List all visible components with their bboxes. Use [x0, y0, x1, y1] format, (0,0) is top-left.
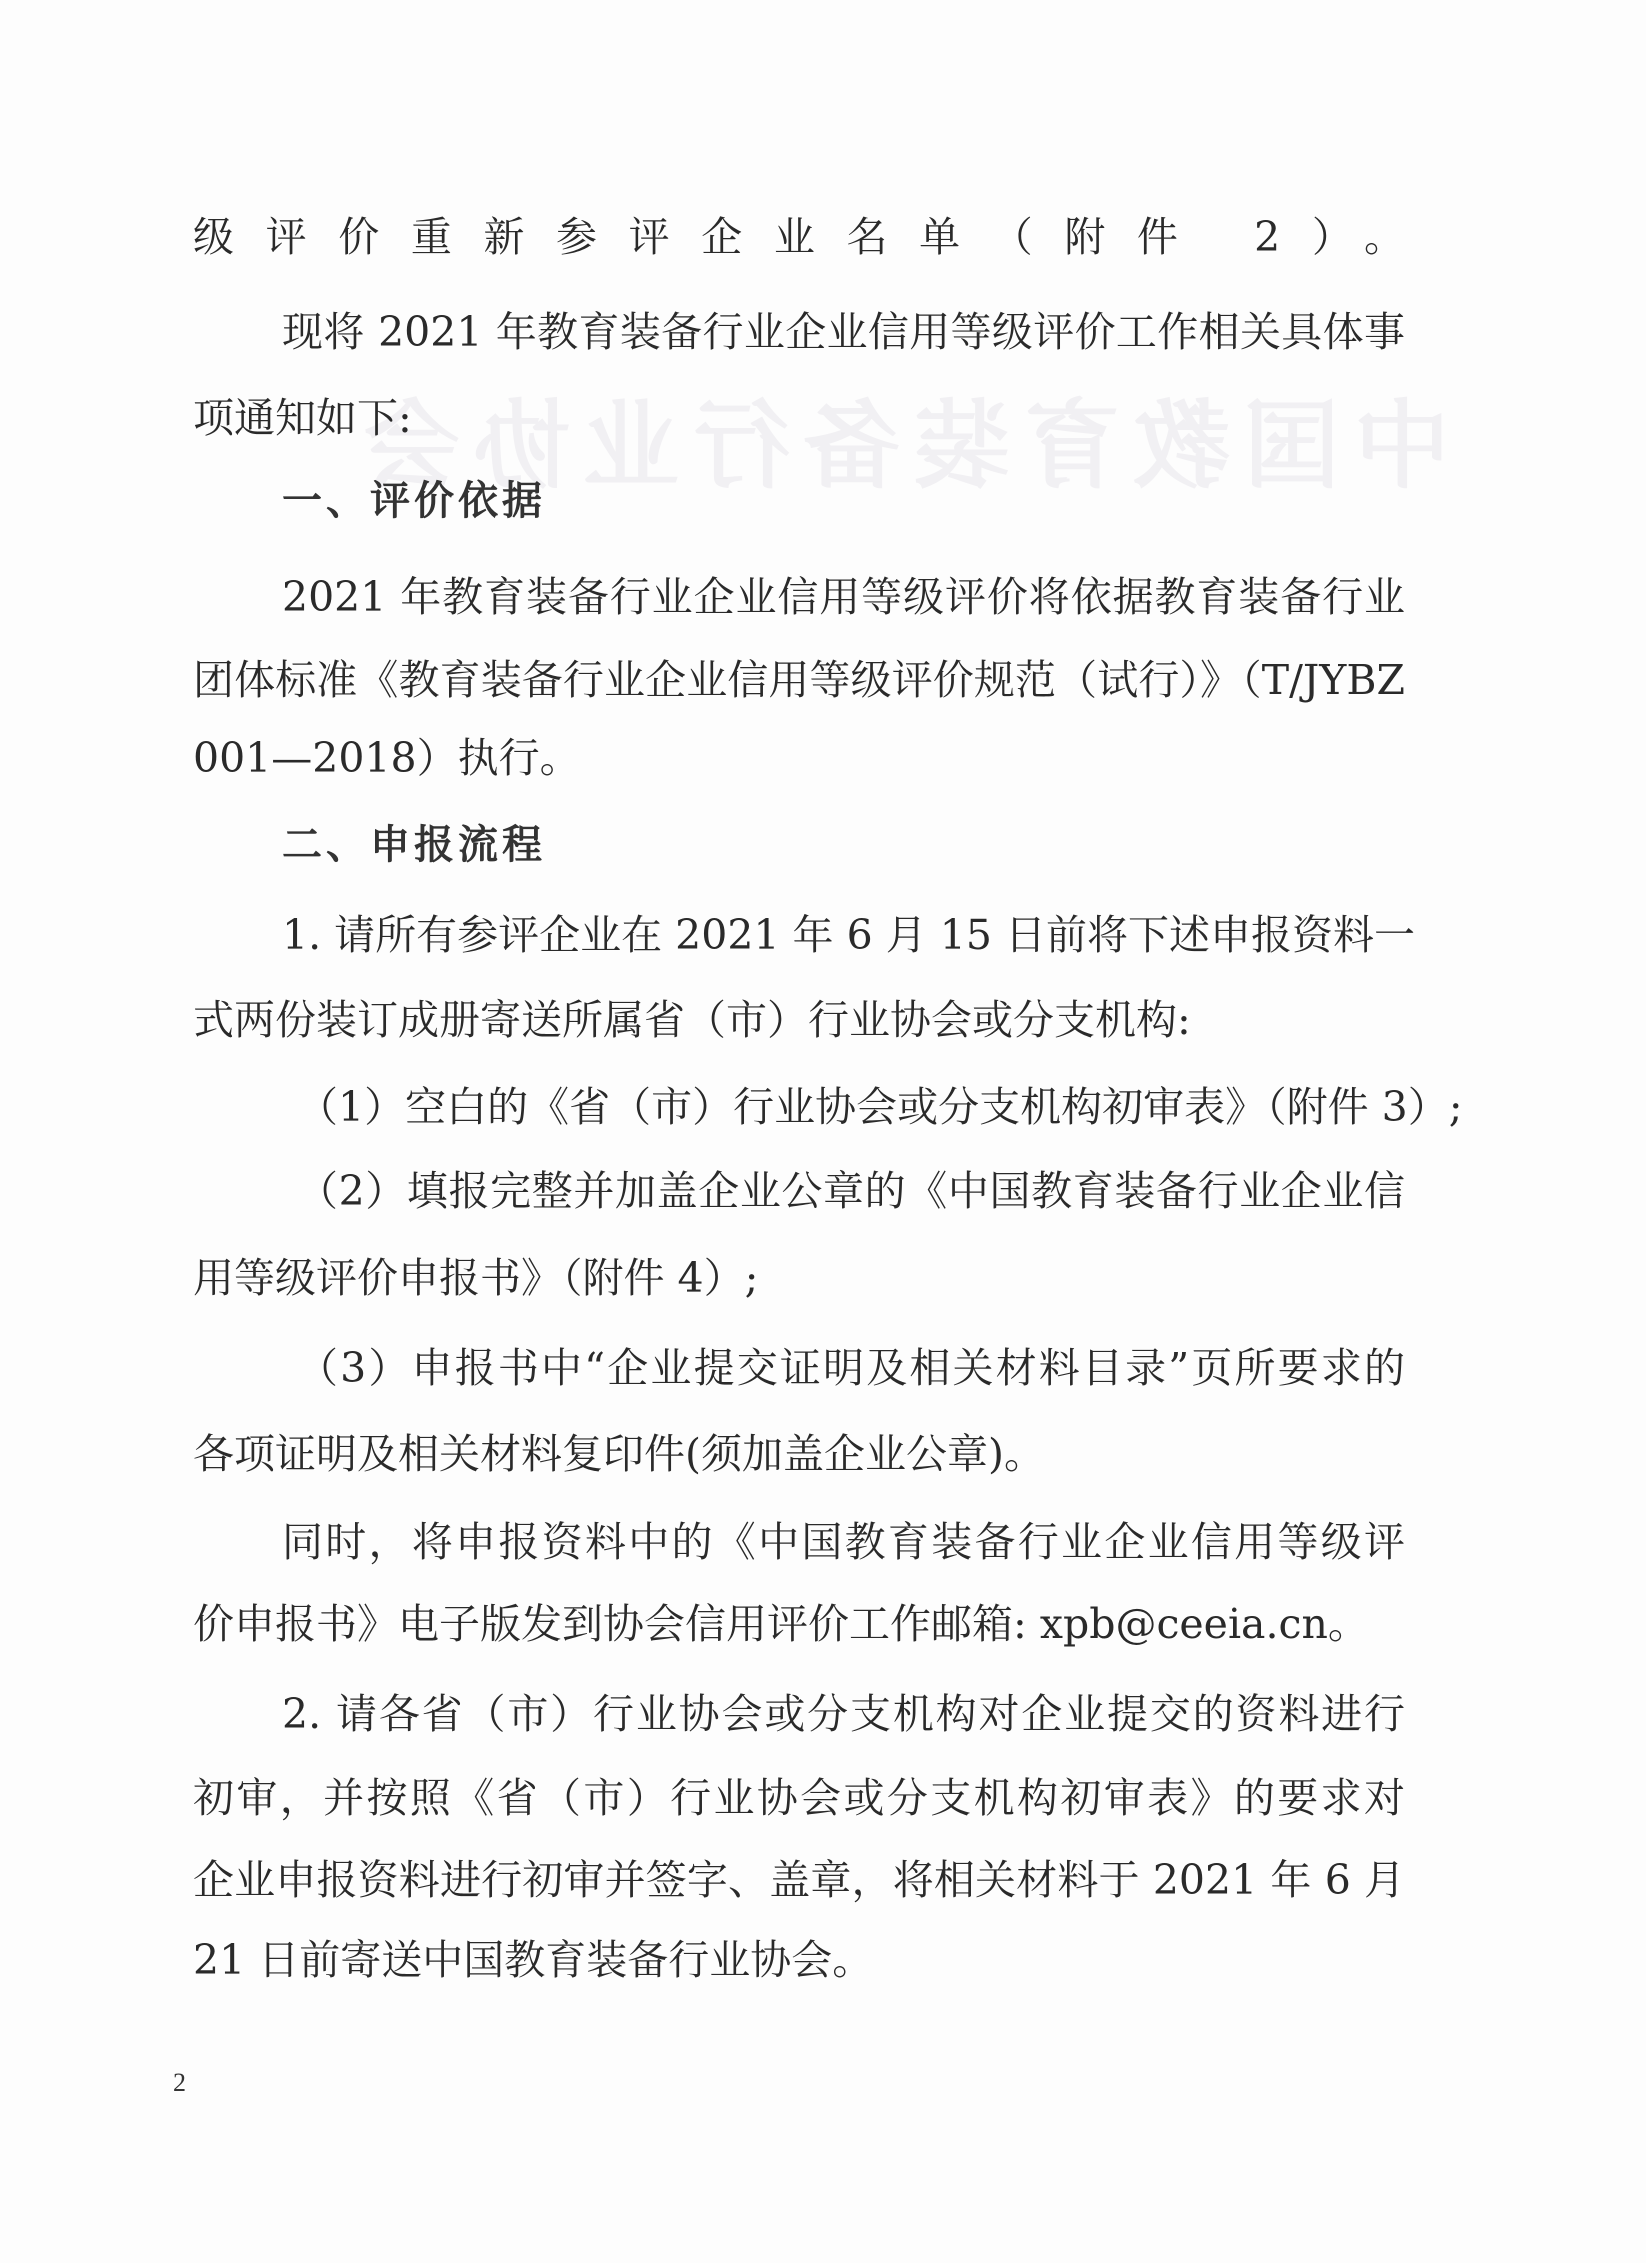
list-item-step-1: 1. 请所有参评企业在 2021 年 6 月 15 日前将下述申报资料一 [282, 907, 1405, 963]
paragraph-intro: 现将 2021 年教育装备行业企业信用等级评价工作相关具体事 [282, 304, 1405, 360]
text-line: 团体标准《教育装备行业企业信用等级评价规范（试行）》（T/JYBZ [193, 652, 1405, 708]
text-line: 001—2018）执行。 [193, 730, 1405, 786]
page-number: 2 [173, 2068, 186, 2098]
text-line-email: 价申报书》电子版发到协会信用评价工作邮箱: xpb@ceeia.cn。 [193, 1596, 1405, 1652]
sub-item-3: （3）申报书中“企业提交证明及相关材料目录”页所要求的 [297, 1340, 1405, 1396]
text-line: 21 日前寄送中国教育装备行业协会。 [193, 1932, 1405, 1988]
document-page: 中国教育装备行业协会 级评价重新参评企业名单（附件 2）。 现将 2021 年教… [0, 0, 1646, 2263]
paragraph-basis: 2021 年教育装备行业企业信用等级评价将依据教育装备行业 [282, 569, 1405, 625]
section-heading-basis: 一、评价依据 [282, 473, 546, 529]
list-item-step-2: 2. 请各省（市）行业协会或分支机构对企业提交的资料进行 [282, 1686, 1405, 1742]
section-heading-process: 二、申报流程 [282, 817, 546, 873]
text-line: 式两份装订成册寄送所属省（市）行业协会或分支机构: [193, 992, 1405, 1048]
text-line: 级评价重新参评企业名单（附件 2）。 [193, 209, 1405, 265]
text-line: 用等级评价申报书》（附件 4）; [193, 1250, 1405, 1306]
text-line: 各项证明及相关材料复印件(须加盖企业公章)。 [193, 1426, 1405, 1482]
sub-item-2: （2）填报完整并加盖企业公章的《中国教育装备行业企业信 [297, 1163, 1405, 1219]
sub-item-1: （1）空白的《省（市）行业协会或分支机构初审表》（附件 3）; [297, 1079, 1405, 1135]
text-line: 企业申报资料进行初审并签字、盖章，将相关材料于 2021 年 6 月 [193, 1852, 1405, 1908]
paragraph-email: 同时，将申报资料中的《中国教育装备行业企业信用等级评 [282, 1514, 1405, 1570]
text-line: 项通知如下: [193, 390, 1405, 446]
text-line: 初审，并按照《省（市）行业协会或分支机构初审表》的要求对 [193, 1770, 1405, 1826]
